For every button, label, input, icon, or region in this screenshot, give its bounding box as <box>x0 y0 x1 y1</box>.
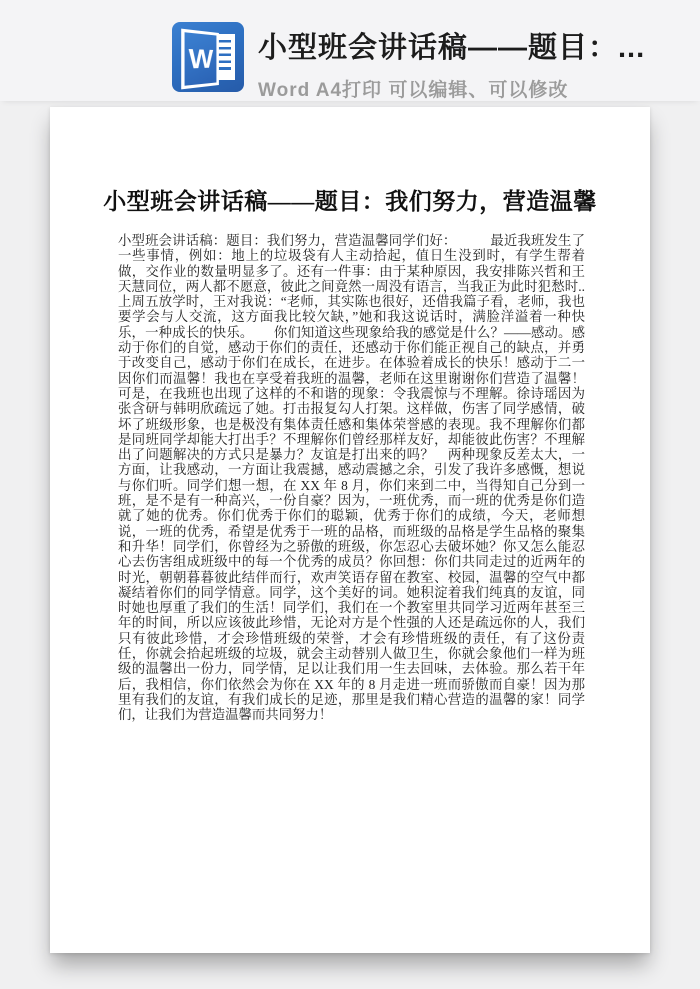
document-page-title: 小型班会讲话稿——题目：我们努力，营造温馨 <box>86 183 614 216</box>
document-page-preview: 小型班会讲话稿——题目：我们努力，营造温馨 小型班会讲话稿：题目：我们努力，营造… <box>50 107 650 953</box>
preview-header: W 小型班会讲话稿——题目：... Word A4打印 可以编辑、可以修改 <box>0 0 700 101</box>
word-icon-letter: W <box>189 45 214 73</box>
header-text-block: 小型班会讲话稿——题目：... Word A4打印 可以编辑、可以修改 <box>258 25 688 102</box>
word-file-icon: W <box>172 22 244 92</box>
word-icon-w-panel: W <box>181 29 219 90</box>
document-format-subtitle: Word A4打印 可以编辑、可以修改 <box>258 75 688 102</box>
document-body-text: 小型班会讲话稿：题目：我们努力，营造温馨同学们好： 最近我班发生了一些事情，例如… <box>118 233 585 723</box>
document-title-truncated: 小型班会讲话稿——题目：... <box>258 25 688 66</box>
